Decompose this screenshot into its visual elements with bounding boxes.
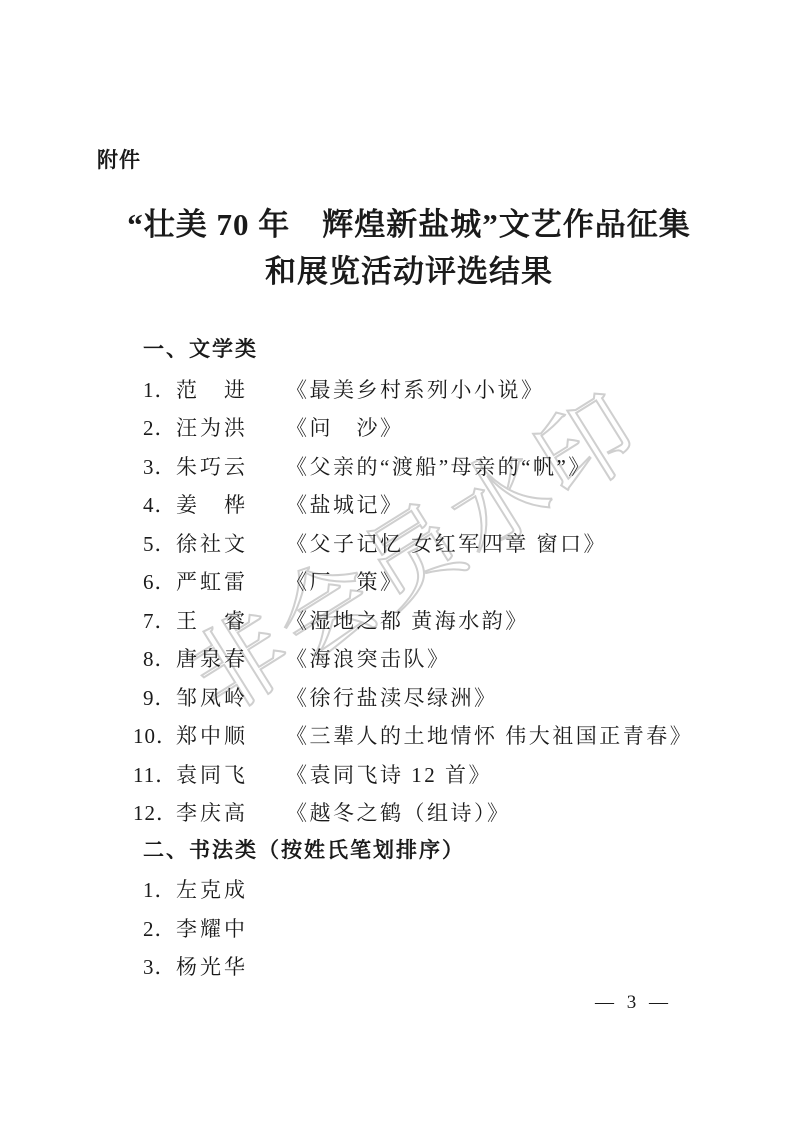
section-heading: 二、书法类（按姓氏笔划排序） [133, 832, 743, 871]
item-number: 6． [133, 566, 174, 596]
list-item: 2．李耀中 [133, 909, 743, 948]
item-number: 8． [133, 643, 174, 673]
item-number: 5． [133, 528, 174, 558]
item-number: 3． [133, 451, 174, 481]
item-number: 4． [133, 489, 174, 519]
list-item: 7．王 睿《湿地之都 黄海水韵》 [133, 601, 743, 640]
list-item: 1．左克成 [133, 870, 743, 909]
item-number: 10． [133, 720, 174, 750]
attachment-label: 附件 [97, 144, 141, 174]
list-item: 1．范 进《最美乡村系列小小说》 [133, 370, 743, 409]
item-number: 1． [133, 374, 174, 404]
author-name: 邹凤岭 [174, 682, 286, 712]
author-name: 范 进 [174, 374, 286, 404]
list-item: 8．唐泉春《海浪突击队》 [133, 639, 743, 678]
author-name: 左克成 [174, 874, 286, 904]
work-title: 《厂 策》 [286, 566, 743, 596]
work-title: 《问 沙》 [286, 412, 743, 442]
list-item: 9．邹凤岭《徐行盐渎尽绿洲》 [133, 678, 743, 717]
author-name: 徐社文 [174, 528, 286, 558]
work-title: 《父子记忆 女红军四章 窗口》 [286, 528, 743, 558]
list-item: 2．汪为洪《问 沙》 [133, 408, 743, 447]
item-number: 1． [133, 874, 174, 904]
author-name: 杨光华 [174, 951, 286, 981]
document-title: “壮美 70 年 辉煌新盐城”文艺作品征集 和展览活动评选结果 [25, 201, 793, 295]
page-number: — 3 — [595, 992, 672, 1014]
author-name: 朱巧云 [174, 451, 286, 481]
author-name: 姜 桦 [174, 489, 286, 519]
work-title: 《父亲的“渡船”母亲的“帆”》 [286, 451, 743, 481]
author-name: 李耀中 [174, 913, 286, 943]
work-title: 《徐行盐渎尽绿洲》 [286, 682, 743, 712]
item-number: 12． [133, 797, 174, 827]
author-name: 严虹雷 [174, 566, 286, 596]
item-number: 7． [133, 605, 174, 635]
list-item: 11．袁同飞《袁同飞诗 12 首》 [133, 755, 743, 794]
item-number: 3． [133, 951, 174, 981]
item-number: 11． [133, 759, 174, 789]
list-item: 3．朱巧云《父亲的“渡船”母亲的“帆”》 [133, 447, 743, 486]
item-number: 2． [133, 913, 174, 943]
document-body: 一、文学类1．范 进《最美乡村系列小小说》2．汪为洪《问 沙》3．朱巧云《父亲的… [133, 331, 743, 986]
work-title: 《最美乡村系列小小说》 [286, 374, 743, 404]
work-title: 《盐城记》 [286, 489, 743, 519]
item-number: 2． [133, 412, 174, 442]
work-title: 《袁同飞诗 12 首》 [286, 759, 743, 789]
list-item: 10．郑中顺《三辈人的土地情怀 伟大祖国正青春》 [133, 716, 743, 755]
author-name: 郑中顺 [174, 720, 286, 750]
author-name: 汪为洪 [174, 412, 286, 442]
document-title-line1: “壮美 70 年 辉煌新盐城”文艺作品征集 [25, 201, 793, 248]
work-title: 《三辈人的土地情怀 伟大祖国正青春》 [286, 720, 743, 750]
list-item: 5．徐社文《父子记忆 女红军四章 窗口》 [133, 524, 743, 563]
document-page: 非会员水印 附件 “壮美 70 年 辉煌新盐城”文艺作品征集 和展览活动评选结果… [0, 0, 793, 1122]
document-content: 附件 “壮美 70 年 辉煌新盐城”文艺作品征集 和展览活动评选结果 一、文学类… [0, 0, 793, 1122]
section-heading: 一、文学类 [133, 331, 743, 370]
list-item: 3．杨光华 [133, 947, 743, 986]
author-name: 李庆高 [174, 797, 286, 827]
list-item: 4．姜 桦《盐城记》 [133, 485, 743, 524]
author-name: 唐泉春 [174, 643, 286, 673]
document-title-line2: 和展览活动评选结果 [25, 248, 793, 295]
list-item: 12．李庆高《越冬之鹤（组诗）》 [133, 793, 743, 832]
list-item: 6．严虹雷《厂 策》 [133, 562, 743, 601]
work-title: 《越冬之鹤（组诗）》 [286, 797, 743, 827]
work-title: 《湿地之都 黄海水韵》 [286, 605, 743, 635]
work-title: 《海浪突击队》 [286, 643, 743, 673]
author-name: 袁同飞 [174, 759, 286, 789]
author-name: 王 睿 [174, 605, 286, 635]
item-number: 9． [133, 682, 174, 712]
